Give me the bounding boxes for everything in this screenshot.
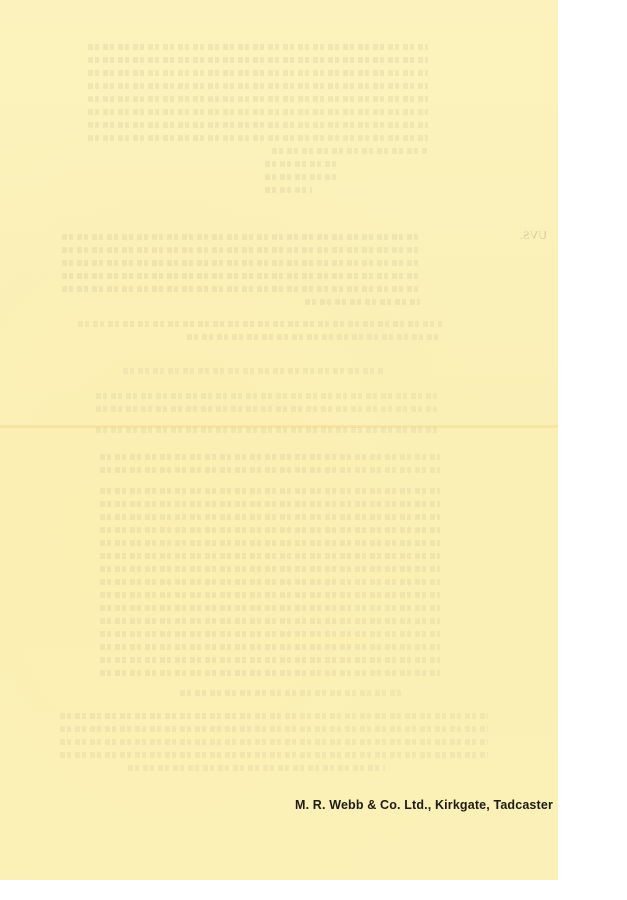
bleed-through-paragraph-names (78, 317, 442, 343)
bleed-through-paragraph-top (88, 40, 428, 196)
bleed-through-side-label: UVS. (520, 228, 547, 243)
bleed-through-paragraph-middle (62, 230, 420, 308)
bleed-through-paragraph-bottom (60, 686, 488, 774)
bleed-through-prize-list (100, 450, 440, 679)
bleed-through-heading-section (96, 364, 438, 436)
paper-page: UVS. (0, 0, 558, 880)
printer-imprint: M. R. Webb & Co. Ltd., Kirkgate, Tadcast… (295, 798, 553, 812)
